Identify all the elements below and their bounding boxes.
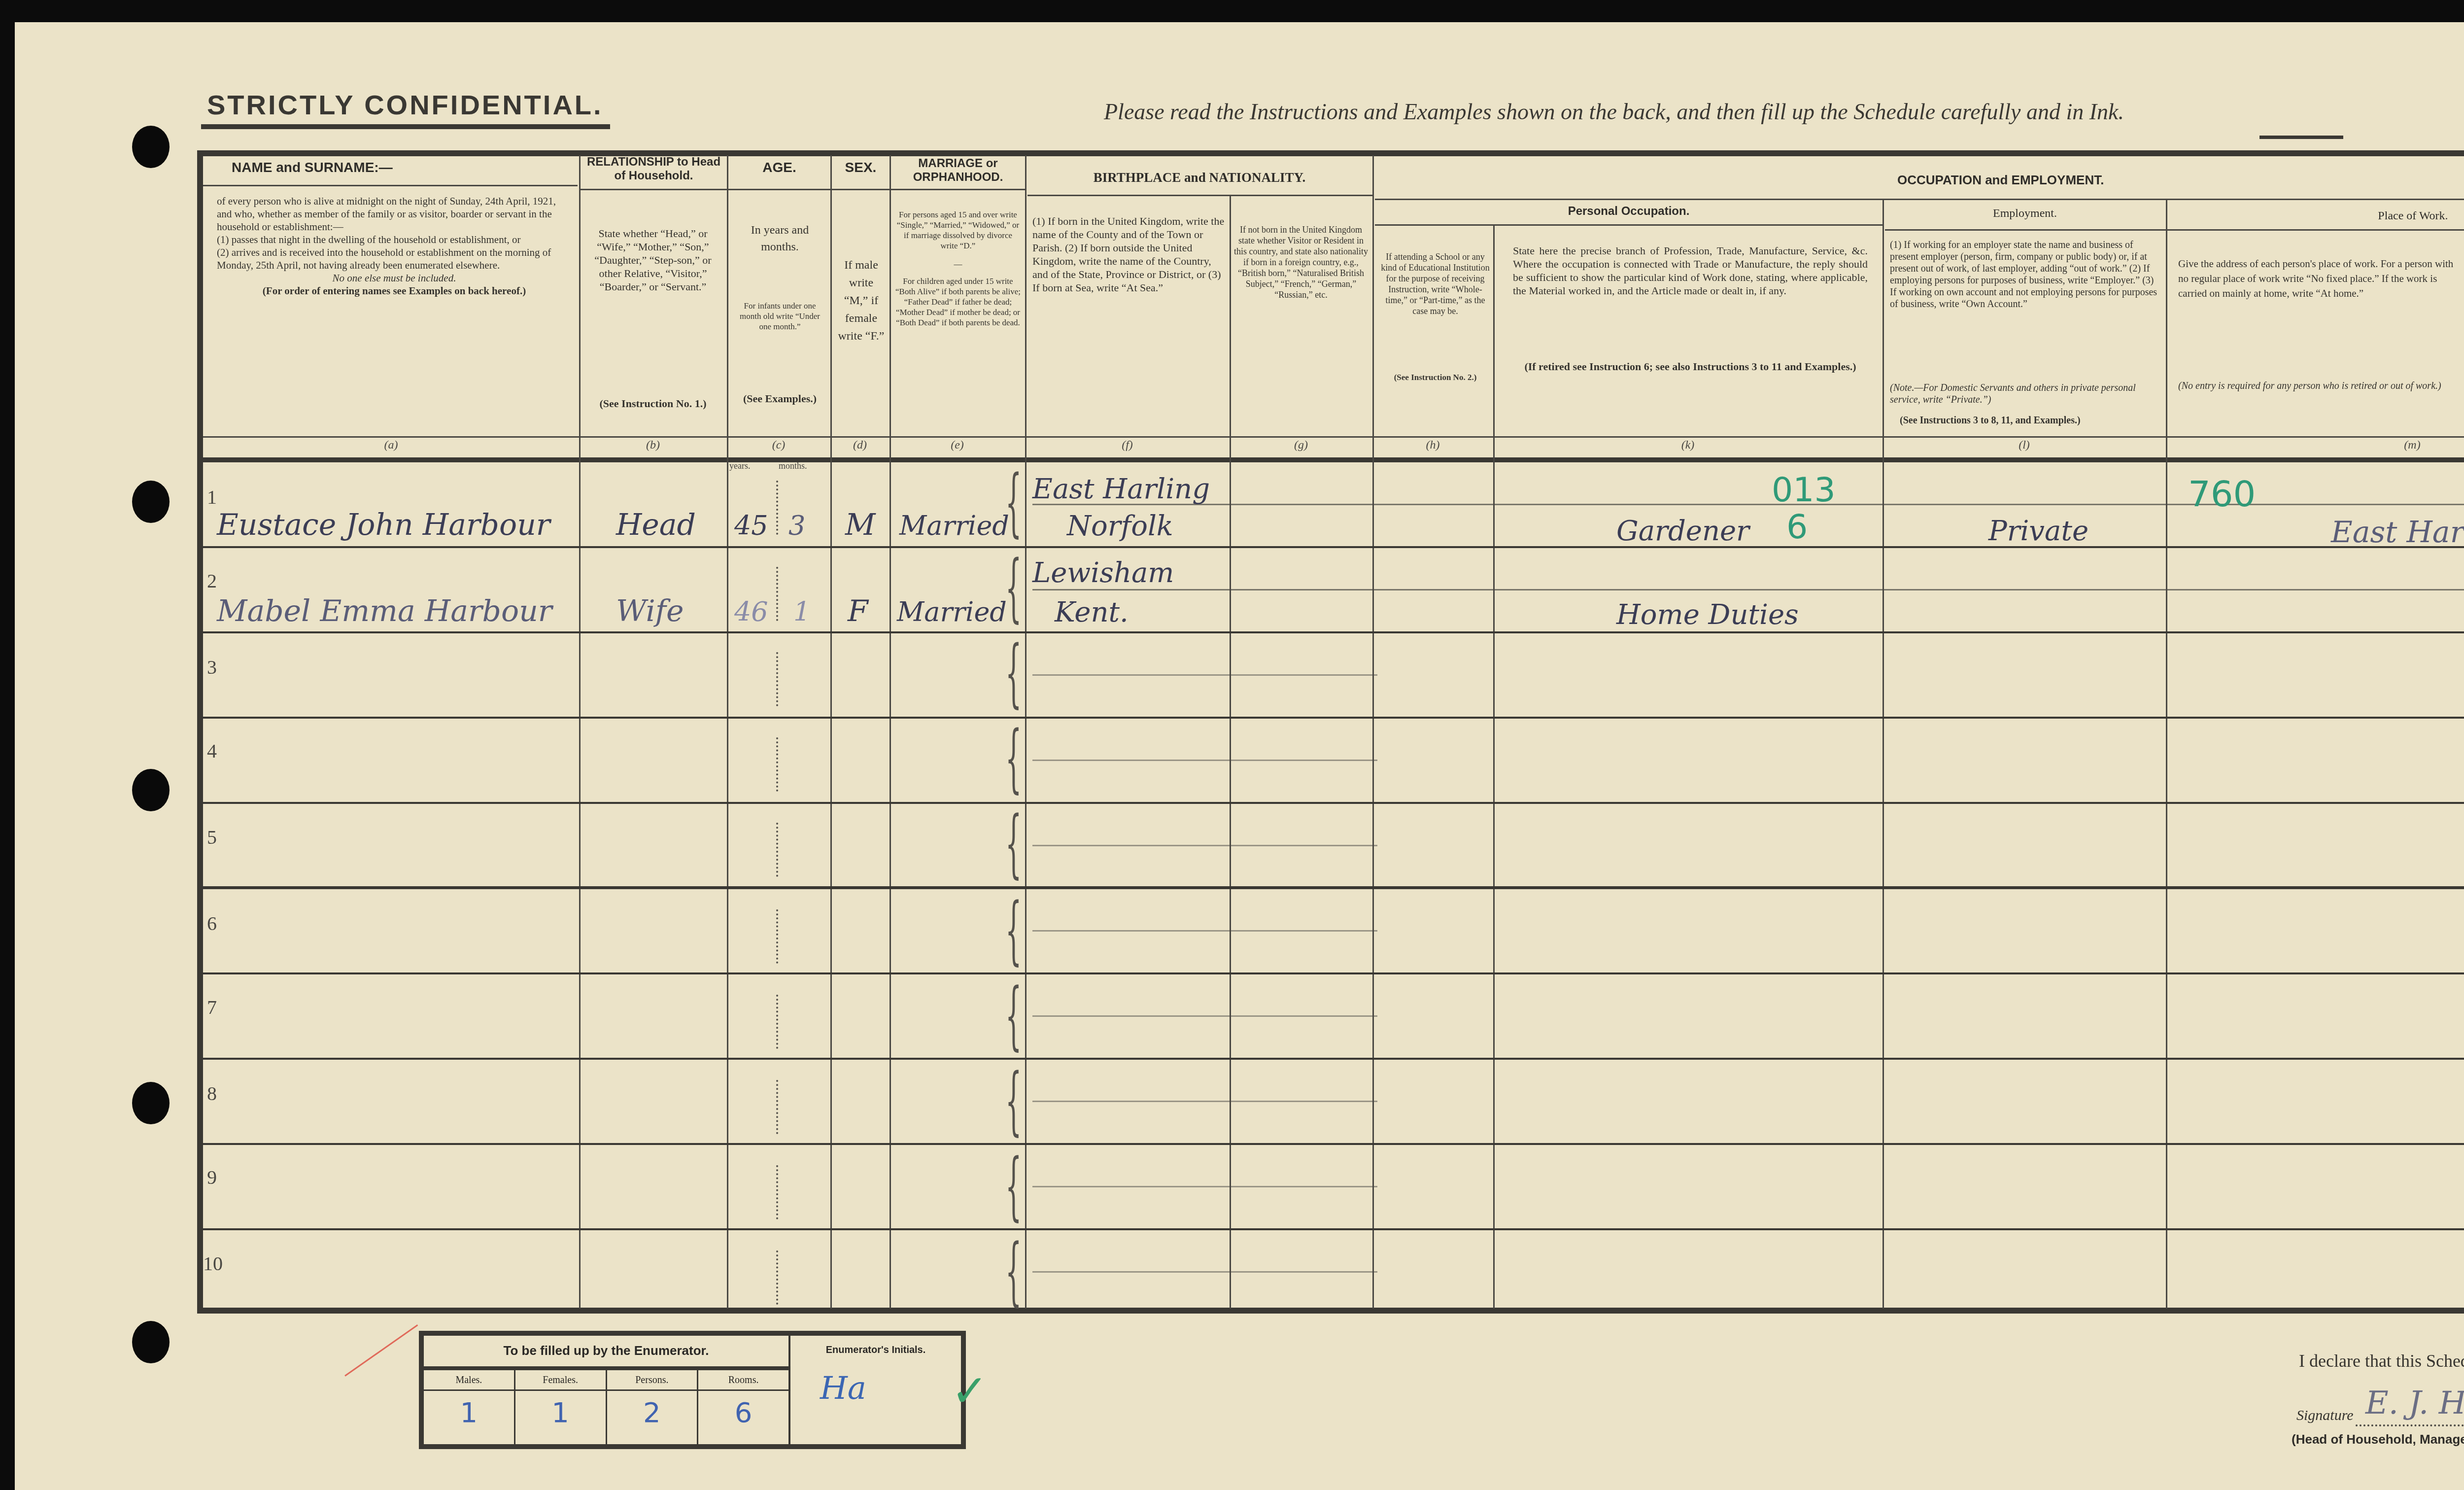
row-divider-group: [203, 886, 2464, 889]
header-divider: [1885, 229, 2464, 231]
col-l-title: Employment.: [1884, 207, 2166, 220]
col-l-letter: (l): [1882, 439, 2166, 452]
females-cell: Females.1: [514, 1370, 606, 1444]
row-midline: [1032, 1101, 1377, 1102]
col-c-see: (See Examples.): [734, 392, 825, 405]
brace-icon: {: [1005, 722, 1022, 796]
females-label: Females.: [515, 1370, 606, 1391]
col-m-letter: (m): [2166, 439, 2464, 452]
row2-name[interactable]: Mabel Emma Harbour: [217, 594, 552, 628]
col-b-note: (See Instruction No. 1.): [584, 397, 722, 410]
col-k-letter: (k): [1493, 439, 1882, 452]
brace-icon: {: [1005, 1064, 1022, 1138]
enumerator-count-box: To be filled up by the Enumerator. Males…: [419, 1331, 966, 1449]
row1-occupation-code: 013: [1772, 471, 1836, 510]
col-b-letter: (b): [579, 439, 727, 452]
row2-age-years[interactable]: 46: [734, 596, 768, 627]
age-dotted-sep: [776, 823, 778, 877]
rooms-cell: Rooms.6: [697, 1370, 788, 1444]
col-h-note: (See Instruction No. 2.): [1380, 372, 1491, 382]
row-divider: [203, 1058, 2464, 1060]
row1-place-of-work[interactable]: East Harling: [2331, 515, 2464, 550]
col-divider-m: [2166, 199, 2167, 1309]
confidential-label: STRICTLY CONFIDENTIAL.: [207, 89, 603, 121]
persons-cell: Persons.2: [606, 1370, 697, 1444]
persons-label: Persons.: [607, 1370, 697, 1391]
col-g-letter: (g): [1230, 439, 1372, 452]
col-e-letter: (e): [890, 439, 1025, 452]
row1-birthplace-town[interactable]: East Harling: [1032, 473, 1210, 505]
col-l-see: (See Instructions 3 to 8, 11, and Exampl…: [1900, 414, 2161, 427]
row-midline: [1032, 589, 2464, 590]
row2-relationship[interactable]: Wife: [616, 594, 684, 628]
signature-caption: (Head of Household, Manager of Establish…: [2292, 1432, 2464, 1447]
age-dotted-sep: [776, 1080, 778, 1134]
col-a-body-intro: of every person who is alive at midnight…: [217, 195, 572, 233]
col-l-note: (Note.—For Domestic Servants and others …: [1890, 382, 2161, 406]
row-number: 9: [207, 1166, 217, 1189]
enumerator-initials-label: Enumerator's Initials.: [790, 1345, 961, 1356]
col-b-title: RELATIONSHIP to Head of Household.: [581, 155, 727, 183]
col-fg-title: BIRTHPLACE and NATIONALITY.: [1027, 170, 1372, 185]
col-divider-d: [830, 155, 832, 1309]
col-e-body2: For children aged under 15 write “Both A…: [894, 276, 1022, 328]
col-a-body-note: No one else must be included.: [217, 272, 572, 284]
row-number: 2: [207, 569, 217, 592]
col-divider-g: [1230, 195, 1231, 1309]
col-divider-h: [1372, 155, 1374, 1309]
brace-icon: {: [1005, 636, 1022, 710]
age-dotted-sep: [776, 481, 778, 535]
occupation-title: OCCUPATION and EMPLOYMENT.: [1897, 173, 2242, 187]
age-dotted-sep: [776, 995, 778, 1049]
personal-occupation-title: Personal Occupation.: [1375, 205, 1882, 218]
females-value[interactable]: 1: [515, 1397, 606, 1429]
col-f-body: (1) If born in the United Kingdom, write…: [1032, 214, 1225, 294]
col-g-body: If not born in the United Kingdom state …: [1232, 224, 1370, 300]
row-divider: [203, 631, 2464, 633]
row-number: 3: [207, 656, 217, 679]
age-dotted-sep: [776, 1165, 778, 1219]
col-c-body: In years and months.: [737, 222, 823, 255]
check-mark-icon: ✓: [951, 1365, 988, 1417]
col-a-title: NAME and SURNAME:—: [207, 160, 572, 175]
col-divider-c: [727, 155, 728, 1309]
col-e-title: MARRIAGE or ORPHANHOOD.: [891, 157, 1025, 184]
males-value[interactable]: 1: [424, 1397, 514, 1429]
age-dotted-sep: [776, 567, 778, 621]
col-k-note: (If retired see Instruction 6; see also …: [1513, 360, 1868, 373]
signature-line: [2356, 1424, 2464, 1426]
rooms-value[interactable]: 6: [698, 1397, 788, 1429]
col-a-letter: (a): [203, 439, 579, 452]
row1-birthplace-county[interactable]: Norfolk: [1067, 510, 1173, 542]
age-years-sublabel: years.: [729, 461, 750, 471]
header-bottom-rule: [203, 457, 2464, 462]
col-a-body: of every person who is alive at midnight…: [217, 195, 572, 297]
col-k-body: State here the precise branch of Profess…: [1513, 244, 1868, 297]
row-number: 6: [207, 912, 217, 935]
header-divider: [1375, 199, 2464, 200]
age-dotted-sep: [776, 909, 778, 964]
row-divider: [203, 1228, 2464, 1230]
col-h-letter: (h): [1372, 439, 1493, 452]
row1-employment-code: 760: [2188, 473, 2256, 515]
col-m-note: (No entry is required for any person who…: [2178, 380, 2454, 393]
col-l-body: (1) If working for an employer state the…: [1890, 239, 2161, 310]
row-divider: [203, 717, 2464, 719]
brace-icon: {: [1005, 894, 1022, 968]
col-divider-k: [1493, 224, 1495, 1309]
row-number: 7: [207, 996, 217, 1019]
col-b-body: State whether “Head,” or “Wife,” “Mother…: [584, 227, 722, 293]
row2-marriage[interactable]: Married: [897, 596, 1007, 627]
age-dotted-sep: [776, 737, 778, 792]
col-e-body: For persons aged 15 and over write “Sing…: [894, 209, 1022, 251]
row-midline: [1032, 845, 1377, 846]
col-a-body-order: (For order of entering names see Example…: [217, 284, 572, 297]
row-divider: [203, 802, 2464, 804]
signature-label: Signature: [2296, 1407, 2354, 1424]
age-dotted-sep: [776, 1250, 778, 1305]
instruction-text: Please read the Instructions and Example…: [1104, 99, 2124, 125]
punch-hole: [132, 769, 170, 811]
col-d-letter: (d): [830, 439, 890, 452]
row-midline: [1032, 930, 1377, 932]
row2-birthplace-town[interactable]: Lewisham: [1032, 557, 1174, 589]
brace-icon: {: [1005, 979, 1022, 1053]
header-divider: [1027, 195, 1372, 196]
age-dotted-sep: [776, 652, 778, 706]
punch-hole: [132, 1082, 170, 1124]
col-divider-e: [890, 155, 891, 1309]
letters-row-divider: [203, 436, 2464, 438]
header-divider: [203, 185, 578, 186]
ink-underline: [2259, 136, 2343, 139]
row2-age-months[interactable]: 1: [793, 596, 810, 627]
col-h-body: If attending a School or any kind of Edu…: [1380, 251, 1491, 316]
header-divider: [1375, 224, 1882, 226]
punch-hole: [132, 126, 170, 168]
col-divider-b: [579, 155, 581, 1309]
col-c-title: AGE.: [728, 160, 830, 175]
row-midline: [1032, 1271, 1377, 1273]
col-c-letter: (c): [727, 439, 830, 452]
confidential-underline: [201, 124, 610, 129]
row1-marriage[interactable]: Married: [899, 510, 1009, 541]
brace-icon: {: [1005, 1235, 1022, 1309]
declaration-text: I declare that this Schedule is correctl…: [2299, 1351, 2464, 1371]
col-m-body: Give the address of each person's place …: [2178, 256, 2454, 301]
enumerator-initials-cell: Enumerator's Initials. Ha: [788, 1336, 961, 1444]
col-e-dash: —: [894, 259, 1022, 269]
header-divider: [579, 189, 1026, 190]
row-divider: [203, 972, 2464, 974]
row-number: 10: [203, 1252, 223, 1275]
rooms-label: Rooms.: [698, 1370, 788, 1391]
row-midline: [1032, 674, 1377, 676]
col-a-body-2: (2) arrives and is received into the hou…: [217, 246, 572, 272]
col-d-title: SEX.: [832, 160, 890, 175]
row-midline: [1032, 1015, 1377, 1017]
row-number: 1: [207, 485, 217, 509]
row1-age-years[interactable]: 45: [734, 510, 768, 541]
col-c-note: For infants under one month old write “U…: [734, 301, 825, 332]
col-d-body: If male write “M,” if female write “F.”: [838, 256, 885, 345]
row-divider: [203, 546, 2464, 548]
row1-employment[interactable]: Private: [1988, 515, 2088, 547]
row1-name[interactable]: Eustace John Harbour: [217, 508, 550, 542]
row2-occupation[interactable]: Home Duties: [1616, 599, 1799, 631]
brace-icon: {: [1005, 551, 1022, 625]
row1-occupation[interactable]: Gardener: [1616, 515, 1749, 547]
row1-occupation-code2: 6: [1786, 508, 1808, 547]
enumerator-initials-value[interactable]: Ha: [820, 1370, 866, 1407]
punch-hole: [132, 1321, 170, 1363]
males-label: Males.: [424, 1370, 514, 1391]
row1-age-months[interactable]: 3: [788, 510, 805, 541]
punch-hole: [132, 481, 170, 523]
enumerator-count-title: To be filled up by the Enumerator.: [424, 1336, 788, 1370]
row-midline: [1032, 760, 1377, 761]
row1-relationship[interactable]: Head: [616, 508, 696, 542]
brace-icon: {: [1005, 1149, 1022, 1223]
row2-birthplace-county[interactable]: Kent.: [1055, 596, 1129, 628]
col-a-body-1: (1) passes that night in the dwelling of…: [217, 233, 572, 246]
signature-value[interactable]: E. J. Harbour: [2365, 1385, 2464, 1421]
row-number: 8: [207, 1082, 217, 1105]
age-months-sublabel: months.: [779, 461, 807, 471]
row-number: 5: [207, 826, 217, 849]
row-number: 4: [207, 739, 217, 762]
row-midline: [1032, 1186, 1377, 1187]
persons-value[interactable]: 2: [607, 1397, 697, 1429]
col-m-title: Place of Work.: [2167, 209, 2464, 223]
row2-sex[interactable]: F: [848, 594, 868, 628]
col-divider-l: [1882, 199, 1884, 1309]
brace-icon: {: [1005, 807, 1022, 881]
males-cell: Males.1: [424, 1370, 514, 1444]
col-f-letter: (f): [1025, 439, 1230, 452]
col-divider-f: [1025, 155, 1027, 1309]
row-divider: [203, 1143, 2464, 1145]
row1-sex[interactable]: M: [845, 508, 875, 542]
census-table: [197, 150, 2464, 1314]
